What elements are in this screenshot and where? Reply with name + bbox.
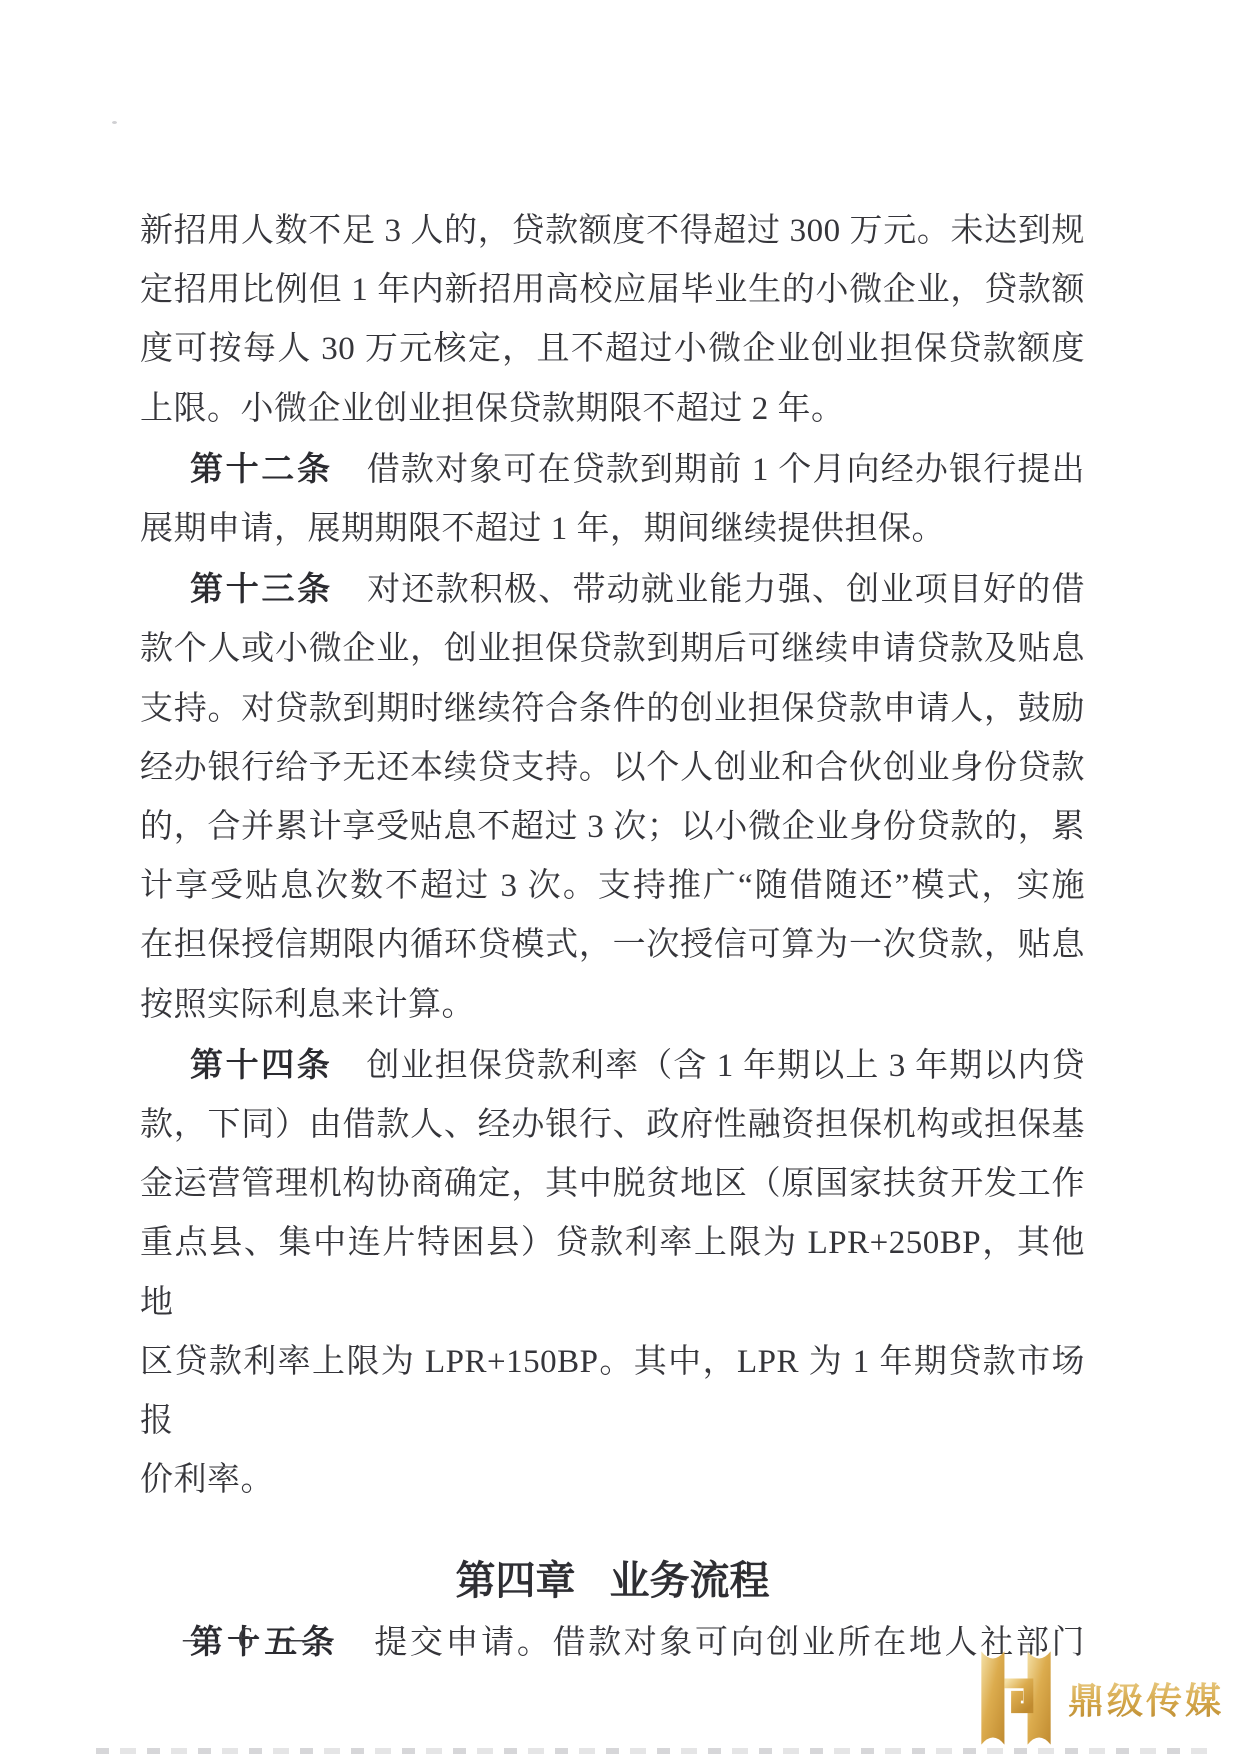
- document-line: 的，合并累计享受贴息不超过 3 次；以小微企业身份贷款的，累: [140, 798, 1085, 857]
- document-line: 重点县、集中连片特困县）贷款利率上限为 LPR+250BP，其他地: [140, 1214, 1085, 1332]
- page-number: — 6 —: [183, 1620, 308, 1656]
- document-line: 价利率。: [140, 1451, 1085, 1510]
- document-line: 区贷款利率上限为 LPR+150BP。其中，LPR 为 1 年期贷款市场报: [140, 1333, 1085, 1451]
- document-line: 经办银行给予无还本续贷支持。以个人创业和合伙创业身份贷款: [140, 739, 1085, 798]
- document-line: 款，下同）由借款人、经办银行、政府性融资担保机构或担保基: [140, 1096, 1085, 1155]
- chapter-heading: 第四章业务流程: [140, 1552, 1085, 1611]
- dingji-media-icon: [976, 1650, 1056, 1746]
- document-line: 展期申请，展期期限不超过 1 年，期间继续提供担保。: [140, 500, 1085, 559]
- brand-name: 鼎级传媒: [1068, 1673, 1224, 1724]
- document-body-lines: 新招用人数不足 3 人的，贷款额度不得超过 300 万元。未达到规定招用比例但 …: [140, 202, 1085, 1510]
- document-line: 定招用比例但 1 年内新招用高校应届毕业生的小微企业，贷款额: [140, 261, 1085, 320]
- document-line: 第十二条 借款对象可在贷款到期前 1 个月向经办银行提出: [140, 439, 1085, 500]
- article-number: 第十四条: [190, 1046, 332, 1083]
- chapter-number: 第四章: [456, 1559, 576, 1603]
- article-number: 第十二条: [190, 450, 333, 487]
- cutoff-text-row: [96, 1748, 1216, 1754]
- document-line: 款个人或小微企业，创业担保贷款到期后可继续申请贷款及贴息: [140, 620, 1085, 679]
- document-line: 第十三条 对还款积极、带动就业能力强、创业项目好的借: [140, 559, 1085, 620]
- document-line: 度可按每人 30 万元核定，且不超过小微企业创业担保贷款额度: [140, 320, 1085, 379]
- document-body: 新招用人数不足 3 人的，贷款额度不得超过 300 万元。未达到规定招用比例但 …: [140, 202, 1085, 1673]
- document-line: 计享受贴息次数不超过 3 次。支持推广“随借随还”模式，实施: [140, 857, 1085, 916]
- document-line: 新招用人数不足 3 人的，贷款额度不得超过 300 万元。未达到规: [140, 202, 1085, 261]
- scan-artifact-dot: [112, 121, 117, 124]
- chapter-title: 业务流程: [610, 1559, 770, 1603]
- document-line: 第十四条 创业担保贷款利率（含 1 年期以上 3 年期以内贷: [140, 1035, 1085, 1096]
- document-line: 支持。对贷款到期时继续符合条件的创业担保贷款申请人，鼓励: [140, 680, 1085, 739]
- document-line: 金运营管理机构协商确定，其中脱贫地区（原国家扶贫开发工作: [140, 1155, 1085, 1214]
- document-line: 在担保授信期限内循环贷模式，一次授信可算为一次贷款，贴息: [140, 916, 1085, 975]
- document-line: 按照实际利息来计算。: [140, 976, 1085, 1035]
- brand-logo: 鼎级传媒: [976, 1650, 1224, 1746]
- document-line: 上限。小微企业创业担保贷款期限不超过 2 年。: [140, 380, 1085, 439]
- article-number: 第十三条: [190, 570, 333, 607]
